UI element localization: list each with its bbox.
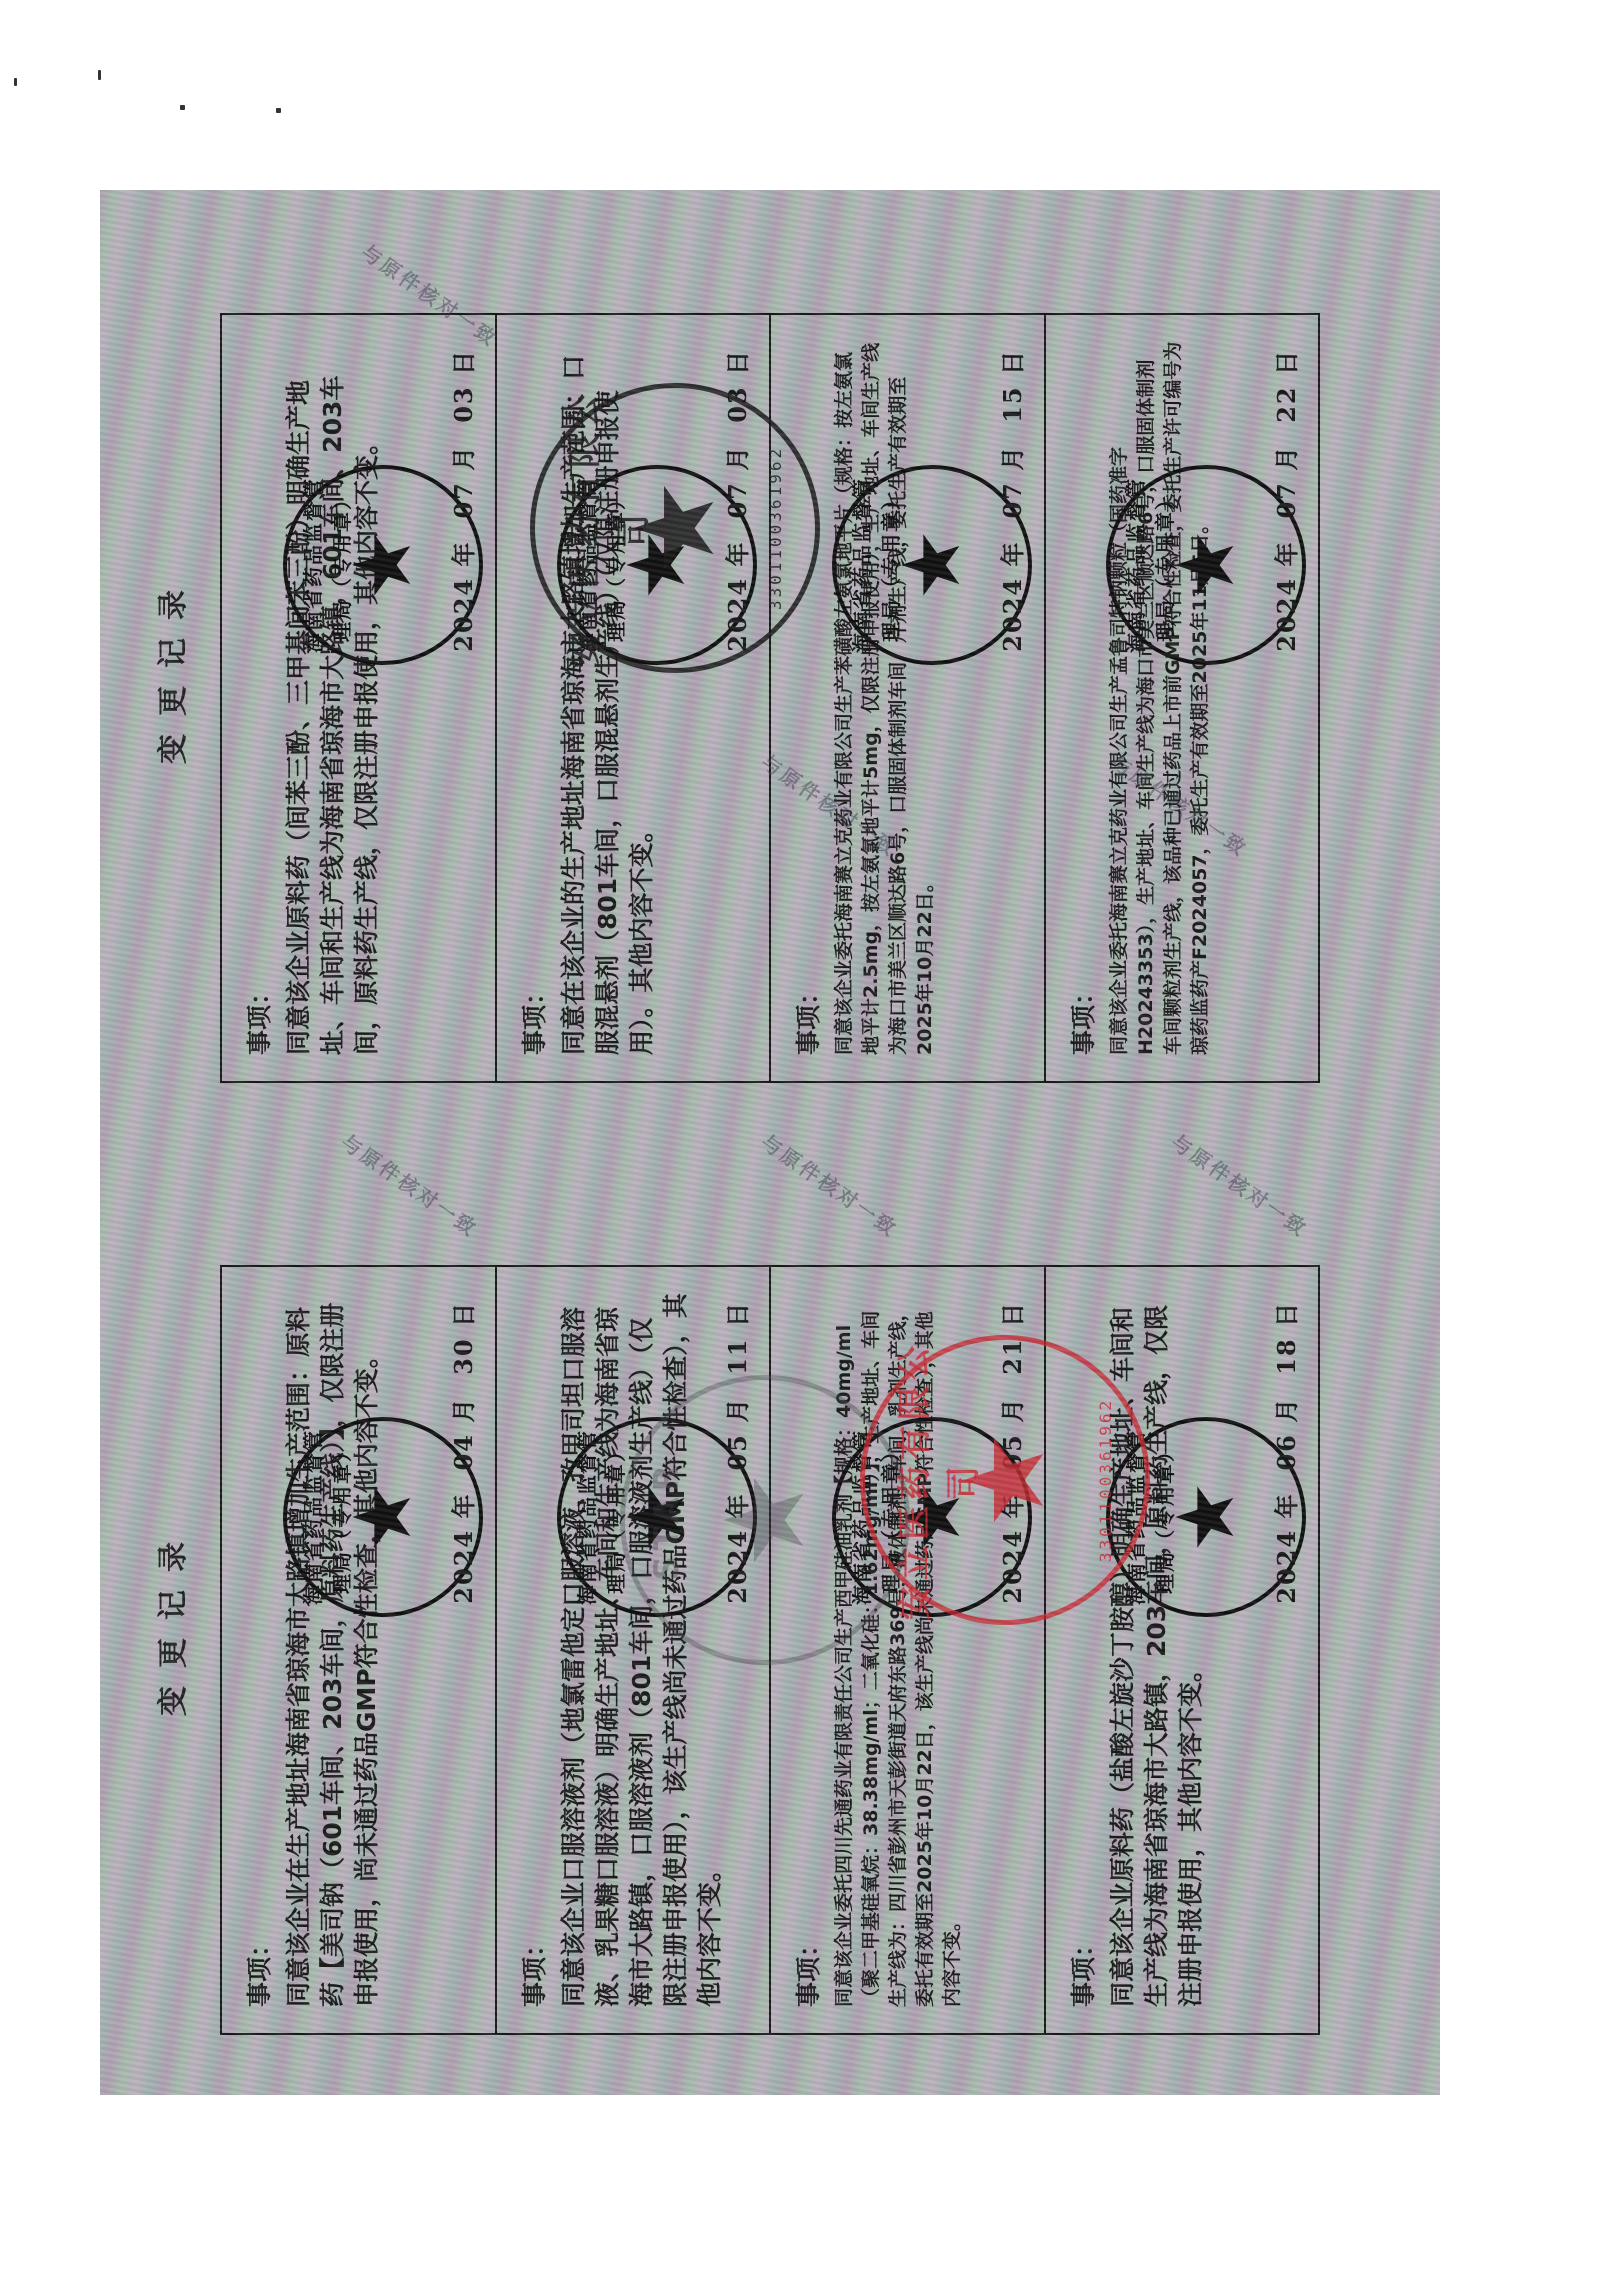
star-icon: ★ — [701, 1471, 829, 1570]
star-icon: ★ — [343, 1481, 423, 1553]
change-entry-3: 事项： 同意该企业委托海南赛立克药业有限公司生产苯磺酸左氨氯地平片（规格：按左氨… — [771, 315, 1046, 1081]
change-entry-1: 事项： 同意该企业在生产地址海南省琼海市大路镇增加生产范围：原料药【美司钠（60… — [222, 1267, 497, 2033]
star-icon: ★ — [892, 529, 972, 601]
entry-label: 事项： — [1064, 341, 1100, 1055]
entry-text: 同意该企业委托海南赛立克药业有限公司生产孟鲁司特钠颗粒（国药准字H2024335… — [1106, 341, 1214, 1055]
entry-date: 2024 年06 月18 日 — [1267, 1301, 1302, 1626]
entry-label: 事项： — [240, 341, 276, 1055]
star-icon: ★ — [343, 529, 423, 601]
page-top-wrapper: 变更记录 事项： 同意该企业原料药（间苯三酚、三甲基间苯三酚）明确生产地址、车间… — [100, 190, 1440, 1145]
seal-text: 海南省药品监督管理局（专用章） — [846, 469, 904, 661]
date-day: 22 日 — [1272, 349, 1301, 423]
star-icon: ★ — [1166, 1481, 1246, 1553]
star-icon: ★ — [1166, 529, 1246, 601]
company-seal-name: 安立医药有限公司 — [557, 388, 655, 668]
entry-label: 事项： — [515, 341, 551, 1055]
page-bottom-wrapper: 变更记录 事项： 同意该企业在生产地址海南省琼海市大路镇增加生产范围：原料药【美… — [100, 1145, 1440, 2095]
entry-text: 同意该企业在生产地址海南省琼海市大路镇增加生产范围：原料药【美司钠（601车间、… — [282, 1293, 384, 2007]
entry-date: 2024 年07 月15 日 — [993, 349, 1028, 674]
date-month: 07 月 — [998, 444, 1027, 518]
date-day: 11 日 — [723, 1301, 752, 1375]
entry-text: 同意该企业委托海南赛立克药业有限公司生产苯磺酸左氨氯地平片（规格：按左氨氯地平计… — [831, 341, 939, 1055]
entry-text: 同意该企业原料药（间苯三酚、三甲基间苯三酚）明确生产地址、车间和生产线为海南省琼… — [282, 341, 384, 1055]
change-entry-4: 事项： 同意该企业委托海南赛立克药业有限公司生产孟鲁司特钠颗粒（国药准字H202… — [1046, 315, 1319, 1081]
date-month: 07 月 — [1272, 444, 1301, 518]
entry-date: 2024 年04 月30 日 — [444, 1301, 479, 1626]
date-day: 15 日 — [998, 349, 1027, 423]
page-title: 变更记录 — [148, 193, 192, 1143]
seal-text: 海南省药品监督管理局（专用章） — [1120, 469, 1178, 661]
company-seal: 安立医药有限公司★3301100361962 — [530, 383, 820, 673]
date-day: 18 日 — [1272, 1301, 1301, 1375]
license-sheet: 变更记录 事项： 同意该企业原料药（间苯三酚、三甲基间苯三酚）明确生产地址、车间… — [100, 190, 1440, 2095]
entry-label: 事项： — [515, 1293, 551, 2007]
date-year: 2024 年 — [449, 1493, 478, 1604]
date-month: 07 月 — [449, 444, 478, 518]
change-record-page-bottom: 变更记录 事项： 同意该企业在生产地址海南省琼海市大路镇增加生产范围：原料药【美… — [100, 1145, 1440, 2095]
change-entry-1: 事项： 同意该企业原料药（间苯三酚、三甲基间苯三酚）明确生产地址、车间和生产线为… — [222, 315, 497, 1081]
change-record-page-top: 变更记录 事项： 同意该企业原料药（间苯三酚、三甲基间苯三酚）明确生产地址、车间… — [100, 193, 1440, 1143]
seal-text: 海南省药品监督管理局（专用章） — [297, 469, 355, 661]
date-year: 2024 年 — [998, 540, 1027, 651]
company-seal-code: 3301100361962 — [1096, 1340, 1115, 1620]
date-year: 2024 年 — [1272, 540, 1301, 651]
date-day: 30 日 — [449, 1301, 478, 1375]
date-month: 06 月 — [1272, 1397, 1301, 1471]
date-day: 03 日 — [449, 349, 478, 423]
date-month: 04 月 — [449, 1397, 478, 1471]
entry-date: 2024 年07 月03 日 — [444, 349, 479, 674]
page-title: 变更记录 — [148, 1145, 192, 2095]
faint-stamp: STAR★ — [620, 1375, 910, 1665]
seal-text: 海南省药品监督管理局（专用章） — [297, 1421, 355, 1613]
date-year: 2024 年 — [449, 540, 478, 651]
entry-date: 2024 年07 月22 日 — [1267, 349, 1302, 674]
company-seal-code: 3301100361962 — [766, 388, 785, 668]
date-year: 2024 年 — [1272, 1493, 1301, 1604]
entry-label: 事项： — [240, 1293, 276, 2007]
